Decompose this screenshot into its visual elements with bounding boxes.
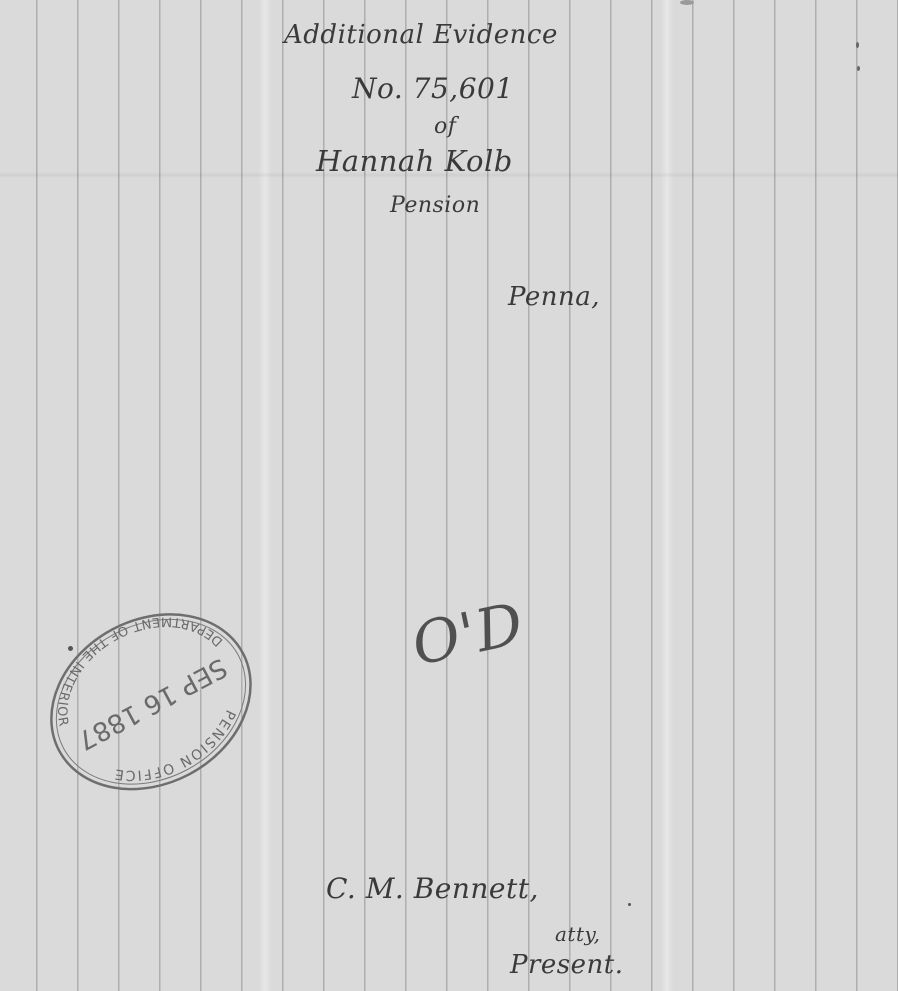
stamp-seal-icon: PENSION OFFICE DEPARTMENT OF THE INTERIO…	[13, 572, 286, 829]
clerk-notation: O'D	[406, 589, 529, 679]
heading-of: of	[434, 114, 456, 139]
paper-stain	[680, 0, 694, 5]
claimant-name: Hannah Kolb	[316, 144, 513, 178]
document-page: Additional Evidence No. 75,601 of Hannah…	[0, 0, 898, 991]
claim-category: Pension	[390, 193, 480, 218]
ink-speck	[857, 66, 860, 71]
paper-fold-vertical	[258, 0, 272, 991]
ink-speck	[68, 646, 73, 651]
pension-office-stamp: PENSION OFFICE DEPARTMENT OF THE INTERIO…	[13, 572, 286, 829]
attorney-location: Present.	[510, 950, 624, 980]
ink-speck	[628, 903, 631, 906]
attorney-name: C. M. Bennett,	[326, 872, 539, 905]
claim-number: No. 75,601	[352, 72, 514, 105]
state-abbreviation: Penna,	[508, 282, 600, 312]
heading-title: Additional Evidence	[284, 20, 558, 50]
paper-fold-vertical	[660, 0, 674, 991]
ink-speck	[856, 42, 859, 48]
attorney-role: atty,	[555, 922, 601, 946]
